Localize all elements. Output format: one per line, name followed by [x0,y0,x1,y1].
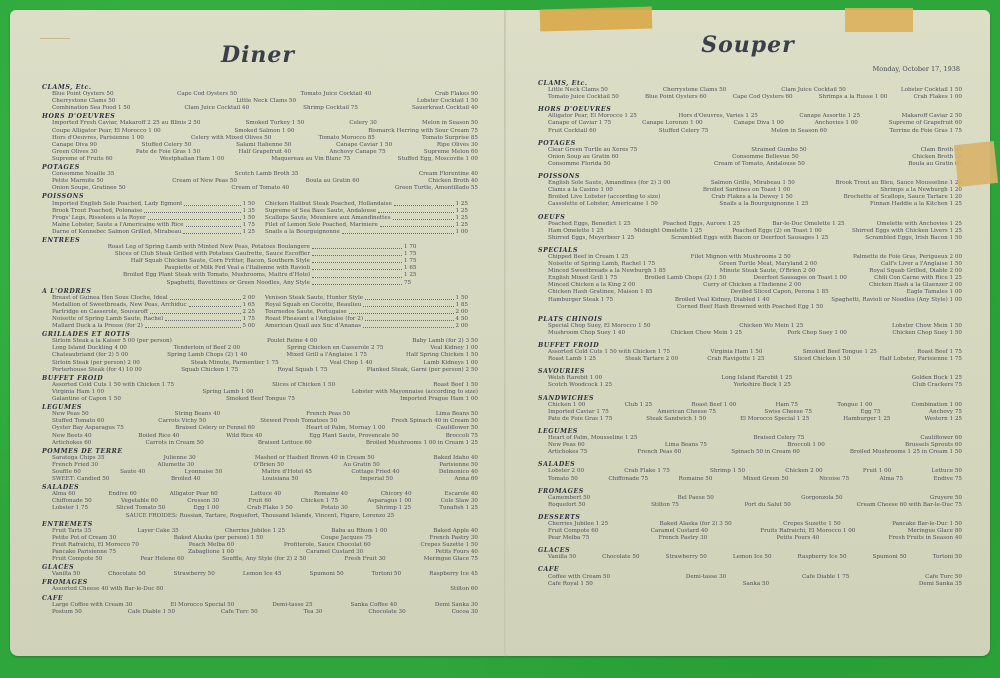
menu-item: Chicken Chop Suey 1 50 [892,330,962,337]
menu-row: Green Olives 30Pate de Foie Gras 1 50Hal… [42,149,478,156]
menu-item: Spring Chicken en Casserole 2 75 [287,345,383,352]
leader-dots [145,323,241,328]
menu-item: Spring Lamb Chops (2) 1 40 [167,352,247,359]
section-heading: LEGUMES [42,404,478,411]
menu-item: Boula au Gratin 60 [306,178,360,185]
menu-item: Pancake Bar-le-Duc 1 50 [892,521,962,528]
menu-item: American Quail aux Suc d'Ananas2 00 [265,323,478,330]
menu-item: Cresson 30 [187,498,219,505]
menu-item: Western 1 25 [924,416,962,423]
menu-item: Maitre d'Hotel 45 [262,469,312,476]
menu-item: Tea 30 [304,609,323,616]
menu-item: Imperial 50 [360,476,393,483]
menu-item: Artichokes 75 [548,449,587,456]
menu-item: Stilton 75 [651,502,679,509]
leader-dots [365,316,454,321]
section-heading: SALADES [538,461,962,468]
menu-item: Little Neck Clams 50 [236,98,296,105]
menu-item: Roast Beef 1 75 [917,349,962,356]
menu-item: Chocolate 50 [108,571,145,578]
diner-title: Diner [10,42,506,68]
menu-item: New Beets 40 [52,433,92,440]
item-price: 1 25 [456,222,468,229]
menu-item: Demi-tasse 25 [272,602,312,609]
menu-item: Fruit 1 00 [863,468,891,475]
menu-item: Lobster Cocktail 1 50 [901,87,962,94]
menu-item: Blue Point Oysters 60 [645,94,707,101]
section-heading: BUFFET FROID [538,342,962,349]
item-name: Scallops Saute, Meuniere aux Amandinette… [265,215,391,222]
menu-row: Fruit Compote 50Pear Helene 60Souffle, A… [42,556,478,563]
menu-row: Imported English Sole Poached, Lady Egmo… [42,201,478,208]
item-name: Chicken Halibut Steak Poached, Hollandai… [265,201,392,208]
item-price: 2 00 [456,323,468,330]
menu-row: Fruit Cocktail 60Stuffed Celery 75Melon … [538,128,962,135]
menu-item: Tournedos Saute, Portugaise2 00 [265,309,478,316]
menu-item: Smoked Beef Tongue 75 [226,396,295,403]
menu-item: Potato 30 [321,505,348,512]
menu-item: Fruit Tarts 35 [52,528,91,535]
menu-item: French Pastry 30 [429,535,478,542]
section-heading: POMMES DE TERRE [42,448,478,455]
menu-item: Consomme Florida 50 [548,161,611,168]
menu-section: FROMAGESCamembert 50Bel Paese 50Gorgonzo… [538,488,962,509]
menu-item: O'Brien 50 [253,462,284,469]
menu-item: Crab Flake 1 50 [247,505,293,512]
menu-item: Cherrystone Clams 50 [663,87,726,94]
item-name: Filet of Lemon Sole Poached, Mariniere [265,222,378,229]
menu-item: Onion Soup au Gratin 60 [548,154,619,161]
menu-item: Slices of Chicken 1 50 [272,382,335,389]
menu-item: Golden Buck 1 25 [912,375,962,382]
menu-item: Broccoli 75 [446,433,478,440]
menu-row: Virginia Ham 1 00Spring Lamb 1 00Lobster… [42,389,478,396]
menu-row: Galantine of Capon 1 50Smoked Beef Tongu… [42,396,478,403]
leader-dots [342,229,454,234]
menu-row: Roast Lamb 1 25Steak Tartare 2 00Crab Ra… [538,356,962,363]
item-price: 1 25 [456,208,468,215]
menu-section: SANDWICHESChicken 1 00Club 1 25Roast Bee… [538,395,962,423]
menu-item: Alma 60 [52,491,75,498]
tape-strip [540,7,653,32]
menu-item: Smoked Salmon 1 00 [234,128,294,135]
menu-row: Little Neck Clams 50Cherrystone Clams 50… [538,87,962,94]
ink-smudge [40,38,70,39]
leader-dots [380,222,454,227]
menu-row: Postum 50Cafe Diable 1 50Cafe Turc 50Tea… [42,609,478,616]
leader-dots [378,208,453,213]
menu-row: Breast of Guinea Hen Sous Cloche, Ideal2… [42,295,478,302]
menu-item: Parisienne 50 [439,462,478,469]
item-price: 1 75 [404,251,418,258]
section-heading: POTAGES [42,164,478,171]
menu-item: Swiss Cheese 75 [764,409,812,416]
item-name: Venison Steak Saute, Hunter Style [265,295,363,302]
menu-item: Lobster 2 00 [548,468,584,475]
menu-item: Snails a la Bourguignonne 1 25 [719,201,808,208]
menu-row: English Mixed Grill 1 75Broiled Lamb Cho… [538,275,962,282]
menu-item: Port du Salut 50 [745,502,791,509]
menu-item: Caramel Custard 40 [651,528,708,535]
menu-item: Crab Flakes 1 00 [914,94,962,101]
item-price: 1 75 [243,222,255,229]
menu-item: Crepes Suzette 1 50 [783,521,841,528]
menu-item: Broiled Sardines on Toast 1 00 [703,187,790,194]
item-name: Half Squab Chicken Saute, Corn Fritter, … [131,258,310,265]
section-heading: ENTREES [42,237,478,244]
menu-item: Mushroom Chop Suey 1 40 [548,330,625,337]
menu-item: Braised Celery 75 [753,435,804,442]
menu-row: Clear Green Turtle au Xeres 75Strained G… [538,147,962,154]
menu-item: Shirred Eggs with Chicken Livers 1 25 [852,228,962,235]
menu-item: Salami Italienne 50 [236,142,291,149]
menu-item: Smoked Turkey 1 50 [246,120,305,127]
menu-item: Wild Rice 40 [226,433,262,440]
menu-item: Shrimps a la Russe 1 00 [819,94,888,101]
menu-item: Half Lobster, Parisienne 1 75 [879,356,962,363]
item-name: American Quail aux Suc d'Ananas [265,323,361,330]
menu-item: Fruits Rafraichi, El Morocco 1 00 [760,528,855,535]
menu-item: Canape of Caviar 1 75 [548,120,611,127]
section-heading: CAFE [538,566,962,573]
menu-item: Cauliflower 50 [436,425,478,432]
menu-row: Hors d'Oeuvres, Parisienne 1 00Celery wi… [42,135,478,142]
menu-row: Chiffonade 50Vegetable 60Cresson 30Fruit… [42,498,478,505]
item-price: 1 25 [404,272,418,279]
leader-dots [394,201,454,206]
menu-item: Lettuce 40 [251,491,281,498]
menu-item: Welsh Rarebit 1 00 [548,375,602,382]
menu-item: Hors d'Oeuvres, Varies 1 25 [678,113,758,120]
menu-item: Mixed Grill a l'Anglaise 1 75 [286,352,367,359]
menu-item: Supreme of Fruits 60 [52,156,113,163]
menu-item: Heart of Palm, Mornay 1 00 [306,425,385,432]
menu-row: New Beets 40Boiled Rice 40Wild Rice 40Eg… [42,433,478,440]
menu-row: Pate de Foie Gras 1 75Steak Sandwich 1 5… [538,416,962,423]
section-heading: OEUFS [538,214,962,221]
menu-row: Imported Caviar 1 75American Cheese 75Sw… [538,409,962,416]
menu-item: Poached Eggs, Benedict 1 25 [548,221,631,228]
menu-row: Special Chop Suey, El Morocco 1 50Chicke… [538,323,962,330]
menu-item: French Peas 50 [306,411,350,418]
menu-item: Half Grapefruit 40 [239,149,292,156]
menu-item: Strained Gumbo 50 [751,147,806,154]
menu-item: Melon in Season 50 [422,120,478,127]
menu-item: Finnan Haddie a la Kitchen 1 25 [870,201,962,208]
menu-row: Vanilla 50Chocolate 50Strawberry 50Lemon… [42,571,478,578]
menu-row: Spaghetti, Bavettines or Green Noodles, … [42,280,478,287]
menu-item: Tomato 50 [548,476,578,483]
menu-item: Westphalian Ham 1 00 [160,156,224,163]
menu-row: Assorted Cheese 40 with Bar-le-Duc 60Sti… [42,586,478,593]
menu-item: Canape Caviar 1 50 [336,142,392,149]
menu-item: Endive 75 [934,476,962,483]
menu-row: Tomato 50Chiffonade 75Romaine 50Mixed Gr… [538,476,962,483]
menu-item: Gruyere 50 [930,495,962,502]
menu-item: Peach Melba 60 [189,542,234,549]
item-price: 1 50 [243,215,255,222]
menu-item: Veal Chop 1 40 [330,360,373,367]
menu-row: French Fried 30Allumette 30O'Brien 50Au … [42,462,478,469]
menu-section: CLAMS, Etc.Blue Point Oysters 50Cape Cod… [42,84,478,112]
menu-item: Chicken Chow Mein 1 25 [671,330,742,337]
menu-item: Tomato Juice Cocktail 40 [301,91,372,98]
menu-item: Demi Sanka 35 [919,581,962,588]
menu-item: Vanilla 50 [52,571,80,578]
menu-item: Stewed Fresh Tomatoes 50 [260,418,337,425]
menu-item: String Beans 40 [175,411,221,418]
menu-item: Carrots in Cream 50 [145,440,203,447]
menu-item: Broiled 40 [171,476,201,483]
menu-item: Cherries Jubilee 1 25 [548,521,608,528]
menu-item: Baked Alaska (for 2) 3 50 [660,521,732,528]
menu-section: GLACESVanilla 50Chocolate 50Strawberry 5… [538,547,962,561]
section-heading: POISSONS [42,193,478,200]
menu-item: Bismarck Herring with Sour Cream 75 [368,128,478,135]
menu-section: BUFFET FROIDAssorted Cold Cuts 1 50 with… [538,342,962,363]
menu-item: Scrambled Eggs with Bacon or Deerfoot Sa… [671,235,828,242]
menu-item: Petits Fours 40 [777,535,820,542]
menu-section: POTAGESConsomme Noaille 35Scotch Lamb Br… [42,164,478,192]
menu-item: Curry of Chicken a l'Indienne 2 00 [703,282,801,289]
menu-item: Chocolate 50 [602,554,639,561]
menu-item: Cherries Jubilee 1 25 [225,528,285,535]
menu-row: English Sole Saute, Amandines (for 2) 3 … [538,180,962,187]
menu-item: Petite Pot of Cream 30 [52,535,116,542]
menu-item: Fruit 60 [248,498,271,505]
menu-item: New Peas 60 [548,442,585,449]
item-price: 1 75 [243,316,255,323]
menu-row: Medallion of Sweetbreads, New Peas, Arch… [42,302,478,309]
menu-row: Minced Sweetbreads a la Newburgh 1 85Min… [538,268,962,275]
menu-item: Porterhouse Steak (for 4) 10 00 [52,367,142,374]
menu-item: Endive 60 [108,491,136,498]
menu-item: Nicoise 75 [819,476,849,483]
menu-section: GLACESVanilla 50Chocolate 50Strawberry 5… [42,564,478,578]
menu-item: Filet of Lemon Sole Poached, Mariniere1 … [265,222,478,229]
menu-item: Partridge en Casserole, Souvaroff2 25 [52,309,265,316]
menu-item: Broiled Mushrooms 1 00 in Cream 1 25 [366,440,478,447]
menu-item: Cream of Tomato 40 [231,185,289,192]
menu-item: Baked Alaska (per person) 1 50 [174,535,263,542]
menu-row: Chicken Hash Gratinee, Maison 1 85Devile… [538,289,962,296]
menu-item: Meringue Glace 75 [424,556,478,563]
menu-section: HORS D'OEUVRESImported Fresh Caviar, Mak… [42,113,478,163]
menu-item: Palmette de Foie Gras, Perigueux 2 00 [853,254,962,261]
menu-item: Broiled Veal Kidney, Diabled 1 40 [675,297,770,304]
menu-item: Chicken Hash a la Glaenzer 2 00 [869,282,962,289]
item-price: 5 00 [243,323,255,330]
menu-item: Hamburger 1 25 [843,416,890,423]
item-price: 1 75 [404,258,418,265]
menu-item: Chiffonade 50 [52,498,92,505]
menu-item: Medallion of Sweetbreads, New Peas, Arch… [52,302,265,309]
menu-row: Brook Trout Poached, Polonaise1 35Suprem… [42,208,478,215]
diner-page: Diner CLAMS, Etc.Blue Point Oysters 50Ca… [10,10,506,656]
leader-dots [349,309,454,314]
menu-item: Tomato Surprise 85 [422,135,478,142]
menu-item: Stuffed Celery 50 [142,142,192,149]
menu-item: Lobster Chow Mein 1 50 [892,323,962,330]
menu-item: Lobster Cocktail 1 50 [417,98,478,105]
menu-item: Ripe Olives 30 [437,142,478,149]
menu-row: Consomme Noaille 35Scotch Lamb Broth 35C… [42,171,478,178]
menu-item: Pear Melba 75 [548,535,589,542]
menu-item: Squab Chicken 1 75 [181,367,238,374]
item-price: 1 85 [456,302,468,309]
menu-item: Crab Ravigotte 1 25 [707,356,764,363]
menu-item: Lima Beans 75 [665,442,707,449]
menu-item: Planked Steak, Garni (per person) 2 50 [367,367,478,374]
menu-row: Oyster Bay Asparagus 75Braised Celery or… [42,425,478,432]
leader-dots [312,244,402,249]
menu-row: New Peas 50String Beans 40French Peas 50… [42,411,478,418]
menu-item: Supreme Melon 60 [424,149,478,156]
menu-item: Broiled Live Lobster (according to size) [548,194,660,201]
menu-item: Broccoli 1 00 [787,442,825,449]
item-price: 2 25 [243,309,255,316]
menu-item: Minced Chicken a la King 2 00 [548,282,635,289]
menu-row: Mallard Duck a la Presse (for 2)5 00Amer… [42,323,478,330]
section-note: SAUCE FROIDES: Russian, Tartare, Roquefo… [42,513,478,520]
item-name: Tournedos Saute, Portugaise [265,309,347,316]
menu-row: Souffle 60Saute 40Lyonnaise 50Maitre d'H… [42,469,478,476]
section-heading: BUFFET FROID [42,375,478,382]
menu-row: Petite Pot of Cream 30Baked Alaska (per … [42,535,478,542]
menu-item: Fresh Fruit 30 [344,556,385,563]
menu-item: Clam Juice Cocktail 40 [184,105,249,112]
leader-dots [365,295,453,300]
menu-row: Fruit Compote 60Caramel Custard 40Fruits… [538,528,962,535]
section-heading: DESSERTS [538,514,962,521]
item-name: Partridge en Casserole, Souvaroff [52,309,148,316]
menu-item: English Sole Saute, Amandines (for 2) 3 … [548,180,670,187]
menu-item: Delmonico 40 [439,469,478,476]
menu-item: Virginia Ham 1 00 [52,389,104,396]
menu-row: Frogs' Legs, Rissolees a la Royer1 50Sca… [42,215,478,222]
menu-item: Scotch Lamb Broth 35 [235,171,299,178]
menu-row: Minced Chicken a la King 2 00Curry of Ch… [538,282,962,289]
item-name: Spaghetti, Bavettines or Green Noodles, … [167,280,310,287]
menu-item: Alligator Pear, El Morocco 1 25 [548,113,637,120]
menu-row: Porterhouse Steak (for 4) 10 00Squab Chi… [42,367,478,374]
menu-item: Lemon Ice 50 [733,554,772,561]
menu-row: Scotch Woodcock 1 25Yorkshire Buck 1 25C… [538,382,962,389]
menu-item: Hamburger Steak 1 75 [548,297,613,304]
menu-item: Sanka 50 [743,581,769,588]
item-price: 1 25 [456,201,468,208]
menu-section: POTAGESClear Green Turtle au Xeres 75Str… [538,140,962,168]
menu-item: Stuffed Celery 75 [659,128,709,135]
item-price: 1 50 [456,295,468,302]
menu-section: SAVOURIESWelsh Rarebit 1 00Long Island R… [538,368,962,389]
menu-section: GRILLADES ET ROTISSirloin Steak a la Kai… [42,331,478,374]
menu-item: Sanka Coffee 40 [351,602,397,609]
menu-item: Half Spring Chicken 1 50 [406,352,478,359]
menu-row: Roquefort 50Stilton 75Port du Salut 50Cr… [538,502,962,509]
menu-item: Cream of Tomato, Andalouse 50 [714,161,805,168]
menu-section: ENTREESRoast Leg of Spring Lamb with Min… [42,237,478,287]
menu-row: Canape of Caviar 1 75Canape Lorenzo 1 00… [538,120,962,127]
menu-row: Assorted Cold Cuts 1 50 with Chicken 1 7… [42,382,478,389]
menu-item: Supreme of Sea Bass Saute, Andalouse1 25 [265,208,478,215]
menu-item: Cafe Diable 1 75 [802,574,849,581]
menu-item: Broiled Lamb Chops (2) 1 50 [644,275,726,282]
menu-item: American Cheese 75 [657,409,716,416]
menu-item: Pear Helene 60 [140,556,184,563]
menu-row: Slices of Club Steak Grilled with Potato… [42,251,478,258]
menu-item: Braised Lettuce 60 [258,440,312,447]
menu-row: Cafe Royal 1 50Sanka 50Demi Sanka 35 [538,581,962,588]
section-heading: HORS D'OEUVRES [538,106,962,113]
menu-item: Baked Idaho 40 [433,455,478,462]
menu-row: Shirred Eggs, Meyerbeer 1 25Scrambled Eg… [538,235,962,242]
menu-row: Maine Lobster, Saute a l'Americaine with… [42,222,478,229]
menu-row: Cassolette of Lobster, Americaine 1 50Sn… [538,201,962,208]
menu-item: Tomato Juice Cocktail 50 [548,94,619,101]
menu-item: Egg 1 00 [193,505,218,512]
menu-section: PLATS CHINOISSpecial Chop Suey, El Moroc… [538,316,962,337]
menu-item: Heart of Palm, Mousseline 1 25 [548,435,637,442]
section-heading: CLAMS, Etc. [42,84,478,91]
section-heading: HORS D'OEUVRES [42,113,478,120]
menu-item: Fresh Spinach 40 in Cream 50 [391,418,478,425]
menu-item: Makaroff Caviar 2 50 [902,113,962,120]
menu-row: Large Coffee with Cream 30El Morocco Spe… [42,602,478,609]
section-heading: GLACES [538,547,962,554]
menu-item: Chicken 1 00 [548,402,585,409]
item-price: 4 50 [456,316,468,323]
menu-item: Shirred Eggs, Meyerbeer 1 25 [548,235,634,242]
menu-item: Virginia Ham 1 50 [710,349,762,356]
menu-section: DESSERTSCherries Jubilee 1 25Baked Alask… [538,514,962,542]
menu-item: Poached Eggs, Aurore 1 25 [663,221,740,228]
menu-item: Brochette of Scallops, Sauce Tartare 1 2… [844,194,962,201]
menu-item: Stuffed Egg, Moscovite 1 00 [398,156,478,163]
menu-item: Tortoni 50 [372,571,401,578]
menu-item: Saute 40 [120,469,145,476]
menu-item: Fruit Rafraichi, El Morocco 70 [52,542,139,549]
menu-item: Artichokes 60 [52,440,91,447]
menu-item: SWEET: Candied 50 [52,476,109,483]
menu-item: Cocoa 30 [452,609,478,616]
menu-row: Broiled Live Lobster (according to size)… [538,194,962,201]
section-heading: POTAGES [538,140,962,147]
menu-item: Raspberry Ice 45 [429,571,478,578]
menu-item: Galantine of Capon 1 50 [52,396,121,403]
menu-item: Postum 50 [52,609,82,616]
souper-title: Souper [506,32,990,58]
menu-item: Chicken Broth 40 [428,178,478,185]
menu-item: Chicory 40 [381,491,412,498]
menu-item: Coffee with Cream 50 [548,574,610,581]
tape-strip [845,8,913,32]
menu-row: Mushroom Chop Suey 1 40Chicken Chow Mein… [538,330,962,337]
menu-row: Supreme of Fruits 60Westphalian Ham 1 00… [42,156,478,163]
menu-item: Assorted Cold Cuts 1 50 with Chicken 1 7… [548,349,670,356]
diner-menu-content: CLAMS, Etc.Blue Point Oysters 50Cape Cod… [42,84,478,617]
item-price: 75 [404,280,418,287]
menu-item: Sauerkraut Cocktail 40 [412,105,478,112]
menu-row: Fruit Tarts 35Layer Cake 35Cherries Jubi… [42,528,478,535]
menu-item: Chipped Beef in Cream 1 25 [548,254,628,261]
menu-row: Cherrystone Clams 50Little Neck Clams 50… [42,98,478,105]
menu-item: Strawberry 50 [666,554,707,561]
menu-item: Lamb Kidneys 1 00 [424,360,478,367]
menu-section: CAFELarge Coffee with Cream 30El Morocco… [42,595,478,616]
menu-item: Brussels Sprouts 60 [905,442,962,449]
menu-item: Oyster Bay Asparagus 75 [52,425,124,432]
